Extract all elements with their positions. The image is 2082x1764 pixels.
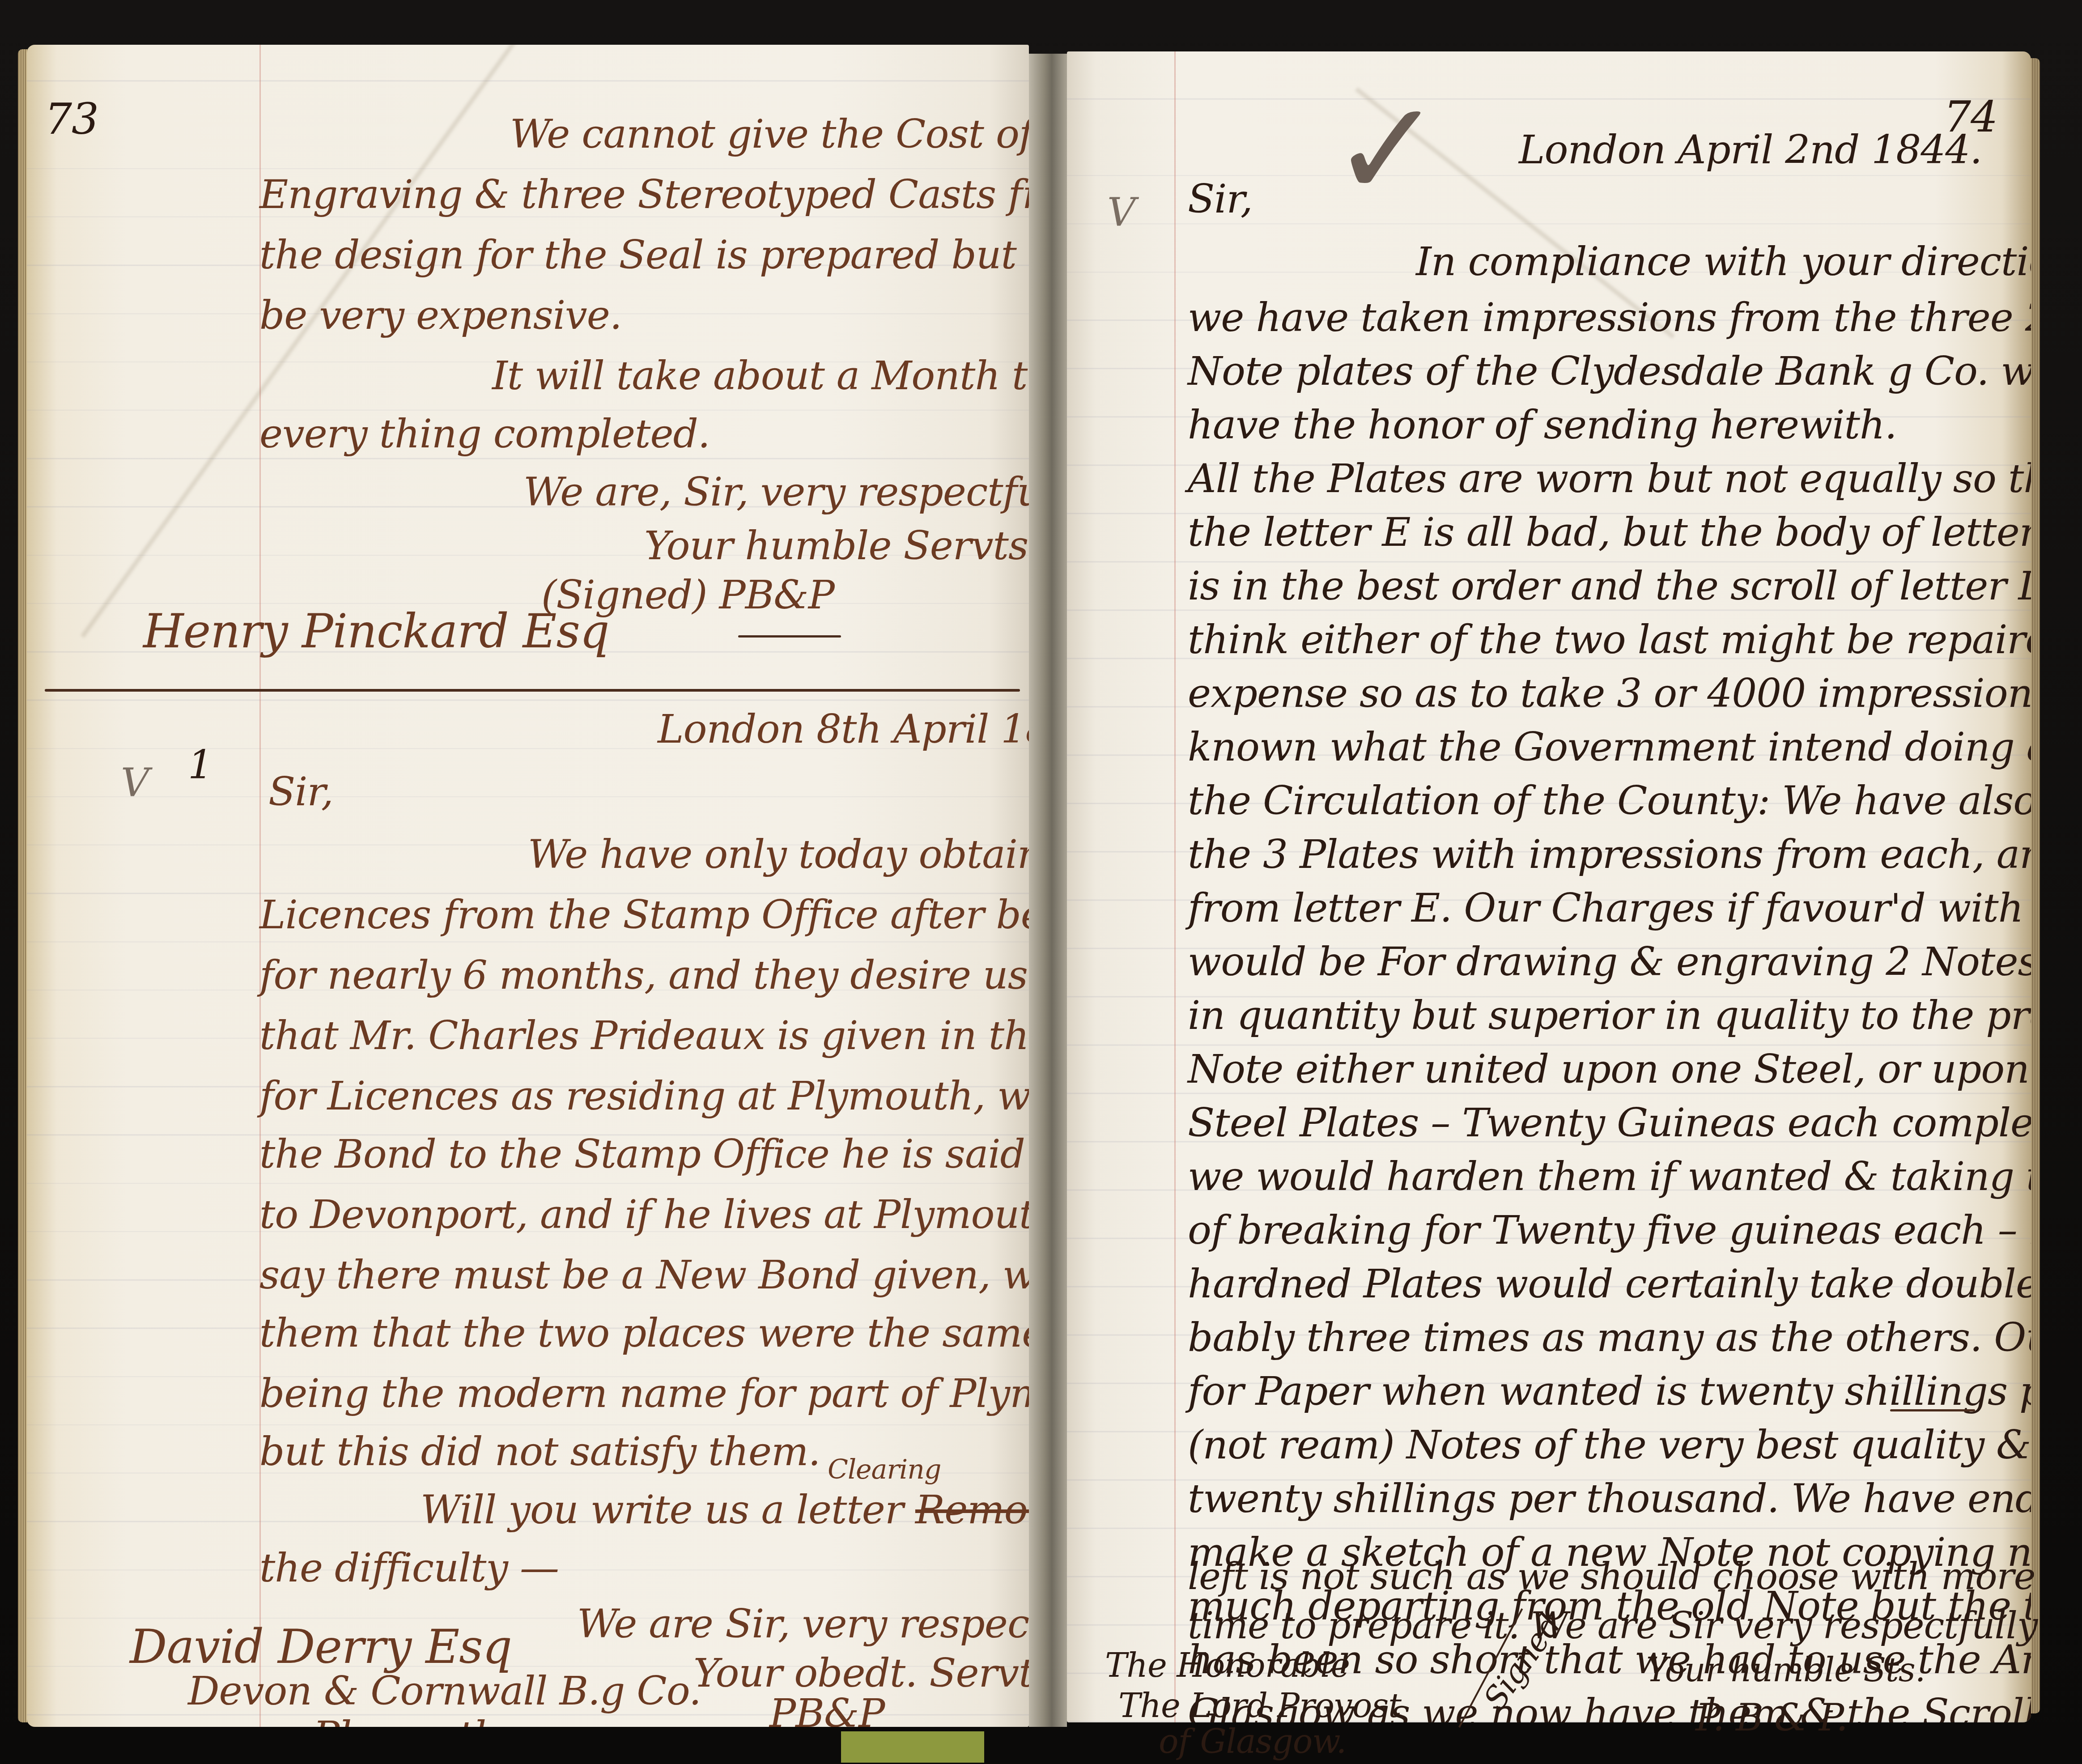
addressee-line: of Glasgow. xyxy=(1159,1722,1346,1761)
margin-mark: V xyxy=(1107,190,1135,235)
addressee: Henry Pinckard Esq xyxy=(143,604,609,659)
closing-line: Your humble Servts xyxy=(644,523,1028,568)
letter-line: for nearly 6 months, and they desire us … xyxy=(259,953,1029,998)
letter-line: In compliance with your directions xyxy=(1416,239,2031,284)
letter-line: every thing completed. xyxy=(259,412,710,456)
closing-line: Your obedt. Servts xyxy=(693,1651,1029,1696)
letter-line: Note plates of the Clydesdale Bank g Co.… xyxy=(1188,349,2031,394)
letter-line: the Bond to the Stamp Office he is said … xyxy=(259,1132,1029,1177)
letter-line: (not ream) Notes of the very best qualit… xyxy=(1188,1423,2031,1467)
letter-line: Licences from the Stamp Office after bei… xyxy=(259,893,1029,937)
letter-line: expense so as to take 3 or 4000 impressi… xyxy=(1188,671,2031,716)
letter-line: being the modern name for part of Plymou… xyxy=(259,1371,1029,1416)
right-page: 74 London April 2nd 1844. ✓ V Sir, In co… xyxy=(1067,51,2031,1722)
letter-line: from letter E. Our Charges if favour'd w… xyxy=(1188,886,2031,931)
dateline: London 8th April 1844 xyxy=(658,707,1029,752)
letter-line: hardned Plates would certainly take doub… xyxy=(1188,1262,2031,1306)
margin-mark: 1 xyxy=(188,743,212,787)
letter-divider-rule xyxy=(45,689,1020,692)
line-text: Will you write us a letter xyxy=(421,1487,915,1533)
closing-line: We are, Sir, very respectfully xyxy=(523,470,1029,514)
book-gutter xyxy=(1029,54,1067,1727)
letter-line: would be For drawing & engraving 2 Notes… xyxy=(1188,939,2031,984)
closing-line: Your humble Sts. xyxy=(1646,1651,1925,1689)
page-number: 73 xyxy=(45,94,98,144)
letter-line: time to prepare it. We are Sir very resp… xyxy=(1188,1604,2037,1649)
letter-line: say there must be a New Bond given, we t… xyxy=(259,1253,1029,1297)
green-bookmark-tab-bottom xyxy=(841,1731,984,1763)
signature: P. B & P. xyxy=(1695,1696,1848,1739)
letter-line: that Mr. Charles Prideaux is given in th… xyxy=(259,1013,1029,1058)
signature-flourish xyxy=(738,635,841,638)
letter-line: the letter E is all bad, but the body of… xyxy=(1188,510,2031,555)
letter-line: have the honor of sending herewith. xyxy=(1188,403,1897,447)
addressee-line: The Lord Provost xyxy=(1118,1687,1401,1725)
letter-line: It will take about a Month to have xyxy=(492,353,1029,398)
letter-line: we have taken impressions from the three… xyxy=(1188,295,2031,340)
letter-line: We cannot give the Cost of the Wood xyxy=(510,112,1029,157)
signature: PB&P xyxy=(769,1691,884,1727)
letter-line: but this did not satisfy them. xyxy=(259,1429,820,1474)
closing-line: We are Sir, very respectfully xyxy=(577,1602,1029,1646)
word-underline xyxy=(1890,1409,1975,1411)
letter-line: in quantity but superior in quality to t… xyxy=(1188,993,2031,1038)
paper-crease xyxy=(81,45,531,638)
margin-rule xyxy=(1174,51,1176,1722)
letter-line: known what the Government intend doing a… xyxy=(1188,725,2031,769)
addressee-line: David Derry Esq xyxy=(130,1619,512,1674)
letter-line: Note either united upon one Steel, or up… xyxy=(1188,1047,2031,1092)
letter-line: We have only today obtained your xyxy=(528,832,1029,877)
addressee-line: Devon & Cornwall B.g Co. xyxy=(188,1669,701,1713)
dateline: London April 2nd 1844. xyxy=(1519,128,1982,172)
letter-line: bably three times as many as the others.… xyxy=(1188,1315,2031,1360)
letter-line: the difficulty — xyxy=(259,1546,559,1590)
letter-line: them that the two places were the same D… xyxy=(259,1311,1029,1356)
letter-line: think either of the two last might be re… xyxy=(1188,617,2031,662)
letter-line: for Paper when wanted is twenty shilling… xyxy=(1188,1369,2031,1414)
letter-line: for Licences as residing at Plymouth, wh… xyxy=(259,1074,1029,1118)
letter-line-with-correction: Will you write us a letter Removing up xyxy=(421,1488,1029,1532)
letter-line: is in the best order and the scroll of l… xyxy=(1188,564,2031,608)
left-page: 73 We cannot give the Cost of the Wood E… xyxy=(27,45,1029,1727)
margin-mark: V xyxy=(121,761,149,805)
letter-line: All the Plates are worn but not equally … xyxy=(1188,456,2031,501)
letter-line: Steel Plates – Twenty Guineas each compl… xyxy=(1188,1101,2031,1145)
struck-word: Removing xyxy=(915,1487,1029,1533)
letter-line: to Devonport, and if he lives at Plymout… xyxy=(259,1192,1029,1237)
addressee-line: Plymouth xyxy=(313,1713,498,1727)
salutation: Sir, xyxy=(1188,177,1253,221)
salutation: Sir, xyxy=(268,769,333,814)
letter-line: be very expensive. xyxy=(259,293,622,338)
addressee-line: The Honorable xyxy=(1105,1646,1350,1685)
letter-line: left is not such as we should choose wit… xyxy=(1188,1555,2035,1599)
letter-line: Engraving & three Stereotyped Casts from… xyxy=(259,172,1029,217)
letter-line: the design for the Seal is prepared but … xyxy=(259,233,1029,277)
letter-line: the Circulation of the County: We have a… xyxy=(1188,778,2031,823)
letter-line: twenty shillings per thousand. We have e… xyxy=(1188,1476,2031,1521)
letter-line: we would harden them if wanted & taking … xyxy=(1188,1154,2031,1199)
inserted-correction: Clearing xyxy=(828,1454,941,1485)
checkmark-icon: ✓ xyxy=(1331,83,1443,217)
letter-line: the 3 Plates with impressions from each,… xyxy=(1188,832,2031,877)
letter-line: of breaking for Twenty five guineas each… xyxy=(1188,1208,2031,1253)
